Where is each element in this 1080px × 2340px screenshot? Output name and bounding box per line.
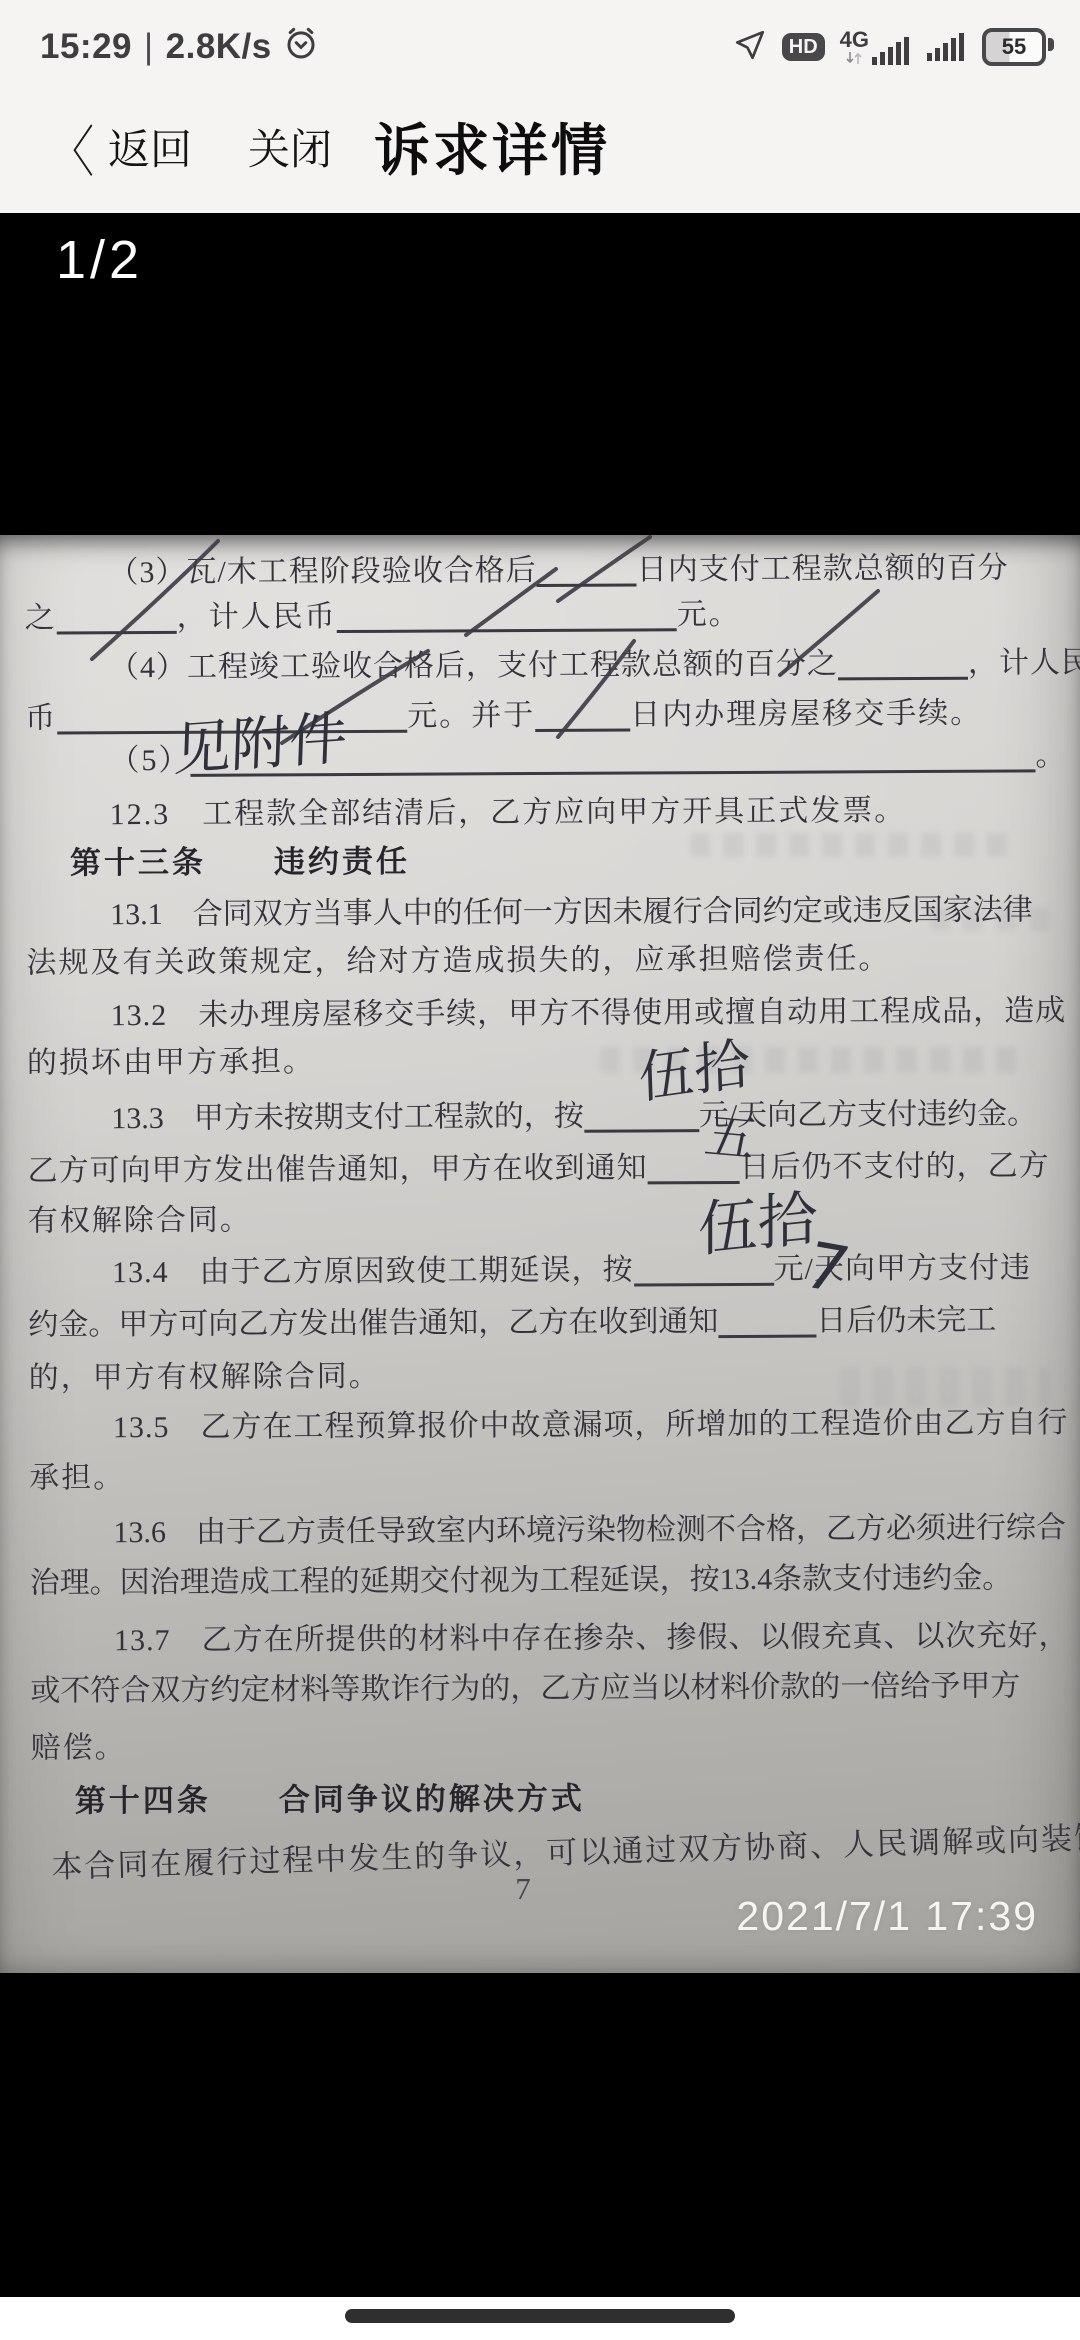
- document-text-layer: （3）瓦/木工程阶段验收合格后日内支付工程款总额的百分之，计人民币元。（4）工程…: [0, 532, 1080, 1976]
- fill-in-blank: [337, 594, 677, 633]
- document-line: 的，甲方有权解除合同。: [29, 1351, 381, 1397]
- close-button[interactable]: 关闭: [248, 117, 332, 177]
- bottom-bar: [0, 2297, 1080, 2340]
- signal-bars-icon: [872, 33, 912, 65]
- data-activity-icon: [845, 51, 863, 65]
- battery-percent: 55: [1002, 34, 1026, 60]
- fill-in-blank: [57, 597, 177, 635]
- document-line: （4）工程竣工验收合格后，支付工程款总额的百分之，计人民: [109, 637, 1080, 686]
- document-line: 第十四条 合同争议的解决方式: [75, 1773, 585, 1821]
- page-title: 诉求详情: [374, 107, 610, 187]
- page-indicator: 1/2: [56, 229, 143, 291]
- document-line: 承担。: [29, 1452, 125, 1497]
- hd-icon: HD: [782, 33, 825, 61]
- fill-in-blank: [535, 695, 630, 732]
- document-line: 13.6 由于乙方责任导致室内环境污染物检测不合格，乙方必须进行综合: [113, 1502, 1066, 1551]
- status-time: 15:29: [40, 27, 132, 67]
- network-type-label: 4G: [840, 29, 869, 65]
- status-bar: 15:29 | 2.8K/s HD: [0, 0, 1080, 80]
- document-line: 13.7 乙方在所提供的材料中存在掺杂、掺假、以假充真、以次充好，: [114, 1610, 1070, 1659]
- contract-photo[interactable]: （3）瓦/木工程阶段验收合格后日内支付工程款总额的百分之，计人民币元。（4）工程…: [0, 535, 1080, 1973]
- document-line: 12.3 工程款全部结清后，乙方应向甲方开具正式发票。: [110, 785, 907, 833]
- status-left: 15:29 | 2.8K/s: [40, 24, 320, 71]
- document-line: 赔偿。: [30, 1722, 126, 1767]
- fill-in-blank: [718, 1301, 816, 1339]
- document-line: （3）瓦/木工程阶段验收合格后日内支付工程款总额的百分: [108, 543, 1009, 592]
- battery-icon: 55: [982, 28, 1046, 66]
- top-chrome: 15:29 | 2.8K/s HD: [0, 0, 1080, 213]
- network-speed: 2.8K/s: [166, 27, 272, 67]
- status-separator: |: [144, 27, 154, 67]
- document-line: 之，计人民币元。: [25, 589, 741, 637]
- back-button-label: 返回: [108, 117, 192, 177]
- timestamp-watermark: 2021/7/1 17:39: [736, 1893, 1038, 1940]
- status-right: HD 4G: [733, 28, 1046, 67]
- document-line: 13.5 乙方在工程预算报价中故意漏项，所增加的工程造价由乙方自行: [113, 1397, 1069, 1446]
- document-line: 法规及有关政策规定，给对方造成损失的，应承担赔偿责任。: [26, 933, 890, 982]
- document-line: 治理。因治理造成工程的延期交付视为工程延误，按13.4条款支付违约金。: [30, 1553, 1013, 1602]
- fill-in-blank: [838, 643, 968, 681]
- document-line: 乙方可向甲方发出催告通知，甲方在收到通知日后仍不支付的，乙方: [27, 1140, 1049, 1189]
- photo-viewer[interactable]: 1/2 （3）瓦/木工程阶段验收合格后日内支付工程款总额的百分之，计人民币元。（…: [0, 213, 1080, 2297]
- document-line: 或不符合双方约定材料等欺诈行为的，乙方应当以材料价款的一倍给予甲方: [30, 1660, 1020, 1709]
- nav-bar: 〈 返回 关闭 诉求详情: [0, 80, 1080, 213]
- document-line: 13.3 甲方未按期支付工程款的，按元/天向乙方支付违约金。: [111, 1088, 1037, 1137]
- fill-in-blank: [537, 549, 637, 587]
- signal-sim2: [927, 29, 967, 66]
- handwritten-text: 见附件: [172, 690, 349, 787]
- document-line: 第十三条 违约责任: [70, 836, 410, 883]
- document-line: 有权解除合同。: [28, 1195, 252, 1240]
- screen: 15:29 | 2.8K/s HD: [0, 0, 1080, 2340]
- document-line: 13.4 由于乙方原因致使工期延误，按元/天向甲方支付违: [112, 1242, 1031, 1291]
- document-line: 的损坏由甲方承担。: [27, 1036, 315, 1082]
- document-line: 约金。甲方可向乙方发出催告通知，乙方在收到通知日后仍未完工: [28, 1295, 996, 1344]
- document-line: 13.2 未办理房屋移交手续，甲方不得使用或擅自动用工程成品，造成: [111, 985, 1067, 1034]
- document-line: 币元。并于日内办理房屋移交手续。: [25, 688, 982, 737]
- signal-sim1: 4G: [840, 29, 912, 65]
- back-chevron-icon: 〈: [50, 107, 94, 187]
- document-line: 13.1 合同双方当事人中的任何一方因未履行合同约定或违反国家法律: [110, 884, 1033, 933]
- home-indicator[interactable]: [345, 2309, 735, 2323]
- back-button[interactable]: 〈 返回: [50, 115, 192, 179]
- signal-bars-icon: [927, 29, 967, 61]
- alarm-icon: [282, 24, 320, 71]
- location-icon: [733, 28, 767, 67]
- handwritten-text: 伍拾: [698, 1170, 817, 1269]
